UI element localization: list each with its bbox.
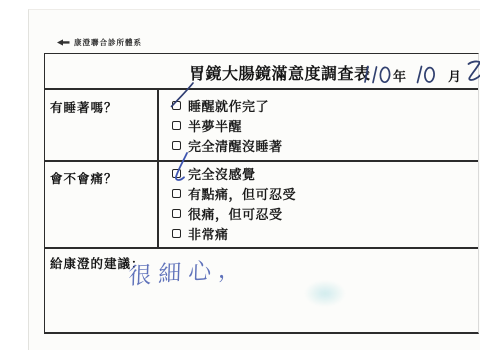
survey-table: 胃鏡大腸鏡滿意度調查表 年 月 有睡著嗎？ 睡醒就作完了 半夢半醒 完全清醒沒睡… bbox=[44, 53, 479, 334]
option-label: 完全沒感覺 bbox=[188, 164, 256, 183]
option-label: 睡醒就作完了 bbox=[188, 96, 269, 115]
date-month-label: 月 bbox=[448, 66, 461, 85]
option-row: 完全沒感覺 bbox=[172, 164, 296, 184]
checkbox-icon bbox=[172, 101, 181, 110]
table-row-divider bbox=[45, 247, 478, 249]
form-title: 胃鏡大腸鏡滿意度調查表 bbox=[189, 61, 371, 84]
option-row: 非常痛 bbox=[172, 223, 296, 243]
table-row-divider bbox=[45, 88, 478, 90]
option-row: 完全清醒沒睡著 bbox=[172, 135, 283, 155]
question-pain: 會不會痛？ bbox=[50, 169, 118, 187]
clinic-logo-text: 康澄聯合診所體系 bbox=[74, 37, 142, 48]
checkbox-icon bbox=[172, 169, 181, 178]
option-label: 很痛，但可忍受 bbox=[188, 204, 283, 223]
clinic-logo: 康澄聯合診所體系 bbox=[57, 37, 142, 48]
option-row: 很痛，但可忍受 bbox=[172, 204, 296, 224]
option-label: 完全清醒沒睡著 bbox=[188, 136, 283, 155]
option-label: 半夢半醒 bbox=[188, 116, 242, 135]
checkbox-icon bbox=[172, 189, 181, 198]
options-sleep: 睡醒就作完了 半夢半醒 完全清醒沒睡著 bbox=[172, 95, 283, 155]
options-pain: 完全沒感覺 有點痛，但可忍受 很痛，但可忍受 非常痛 bbox=[172, 164, 296, 243]
checkbox-icon bbox=[172, 229, 181, 238]
checkbox-icon bbox=[172, 121, 181, 130]
table-column-divider bbox=[157, 88, 159, 249]
option-label: 有點痛，但可忍受 bbox=[188, 184, 296, 203]
option-row: 睡醒就作完了 bbox=[172, 95, 283, 115]
option-row: 有點痛，但可忍受 bbox=[172, 184, 296, 204]
scan-smudge bbox=[304, 280, 346, 307]
arrow-left-icon bbox=[57, 39, 70, 46]
checkbox-icon bbox=[172, 141, 181, 150]
table-row-divider bbox=[45, 160, 478, 162]
question-sleep: 有睡著嗎？ bbox=[50, 98, 118, 116]
option-row: 半夢半醒 bbox=[172, 115, 283, 135]
option-label: 非常痛 bbox=[188, 224, 229, 243]
date-year-label: 年 bbox=[393, 66, 406, 85]
scanned-survey-page: 康澄聯合診所體系 胃鏡大腸鏡滿意度調查表 年 月 有睡著嗎？ 睡醒就作完了 半夢… bbox=[0, 0, 480, 360]
checkbox-icon bbox=[172, 209, 181, 218]
